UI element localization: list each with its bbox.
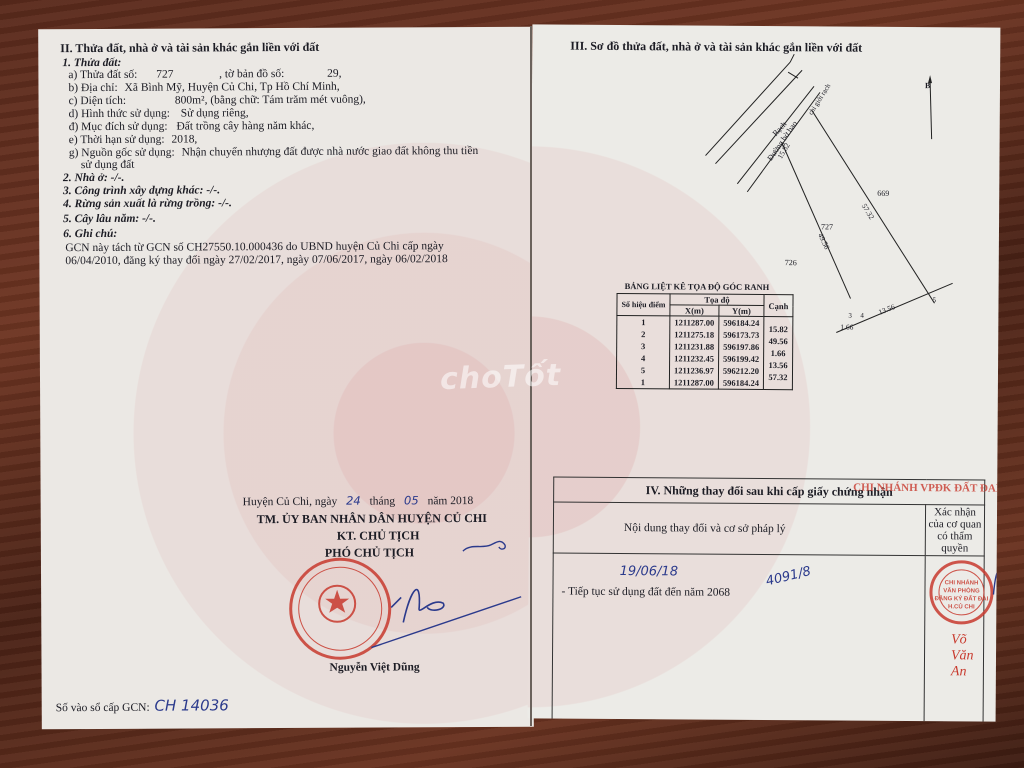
house-item: 2. Nhà ở: -/-. [63,172,124,184]
coord-table-title: BẢNG LIỆT KÊ TỌA ĐỘ GÓC RANH [625,279,770,294]
issue-place: Huyện Củ Chi, ngày [243,496,338,508]
coord-cell: 2 [621,328,665,340]
point-5-label: 5 [932,293,936,307]
coord-table-body: 123451 1211287.001211275.181211231.88121… [616,315,792,389]
confirm-cell: CHI NHÁNH VĂN PHÒNG ĐĂNG KÝ ĐẤT ĐAI H.CỦ… [924,556,984,722]
coord-cell: 1 [621,316,665,328]
notes-line-2: 06/04/2010, đăng ký thay đổi ngày 27/02/… [65,253,447,267]
coord-cell: 1211236.97 [674,364,714,376]
changes-table: IV. Những thay đổi sau khi cấp giấy chứn… [552,477,986,722]
coord-cell: 1211287.00 [674,316,714,328]
watermark: choTốt [439,358,561,397]
usage-form-row: d) Hình thức sử dụng: Sử dụng riêng, [69,107,249,120]
coord-cell: 49.56 [768,335,788,347]
issue-date-line: Huyện Củ Chi, ngày 24 tháng 05 năm 2018 [243,493,474,508]
coord-cell: 3 [621,340,665,352]
coord-cell: 1 [621,376,665,388]
header-edge: Cạnh [764,294,793,316]
area-label: c) Diện tích: [69,95,127,107]
map-label: , tờ bản đồ số: [219,68,284,80]
registry-label: Số vào sổ cấp GCN: [56,702,150,714]
edge-column: 15.8249.561.6613.5657.32 [763,316,792,389]
change-entry-cell: 19/06/18 - Tiếp tục sử dụng đất đến năm … [552,553,925,722]
point-column: 123451 [616,315,670,388]
address-label: b) Địa chỉ: [68,82,117,94]
address-value: Xã Bình Mỹ, Huyện Củ Chi, Tp Hồ Chí Minh… [125,81,340,94]
purpose-label: đ) Mục đích sử dụng: [69,121,168,134]
authority-title: TM. ỦY BAN NHÂN DÂN HUYỆN CỦ CHI [257,511,487,527]
north-arrow-label: B [925,79,930,93]
change-entry-text: - Tiếp tục sử dụng đất đến năm 2068 [561,586,730,599]
change-entry-ref: 4091/8 [764,564,812,589]
other-works-item: 3. Công trình xây dựng khác: -/-. [63,184,220,197]
origin-label: g) Nguồn gốc sử dụng: [69,147,175,160]
month-label: tháng [370,495,396,507]
change-entry-date: 19/06/18 [620,564,678,579]
purpose-row: đ) Mục đích sử dụng: Đất trồng cây hàng … [69,120,315,133]
signer-name: Nguyễn Việt Dũng [329,661,419,673]
header-y: Y(m) [719,305,764,316]
stamp-line-1: CHI NHÁNH [933,579,991,587]
header-x: X(m) [670,305,719,316]
coord-cell: 596173.73 [723,329,759,341]
parcel-row: a) Thửa đất số: 727 , tờ bản đồ số: 29, [68,68,341,81]
confirm-signer-name: Võ Văn An [951,632,983,680]
coord-cell: 1211232.45 [674,352,714,364]
edge-label-small: 1.66 [840,321,853,335]
stamp-line-3: ĐĂNG KÝ ĐẤT ĐAI [932,595,990,603]
coord-cell: 57.32 [768,371,788,383]
coord-cell: 596197.86 [723,341,759,353]
header-coords: Tọa độ [670,294,764,306]
coordinate-table: Số hiệu điểm Tọa độ Cạnh X(m) Y(m) 12345… [616,293,794,390]
coord-cell: 1211231.88 [674,340,714,352]
registry-line: Số vào sổ cấp GCN: CH 14036 [56,696,229,715]
coord-cell: 596212.20 [723,365,759,377]
coord-cell: 1211275.18 [674,328,714,340]
parcel-label-726: 726 [785,256,797,270]
coord-cell: 1.66 [768,347,788,359]
point-3-label: 3 [848,309,852,323]
registry-number: CH 14036 [154,696,228,714]
coord-cell: 596184.24 [723,377,759,389]
registration-office-stamp: CHI NHÁNH VĂN PHÒNG ĐĂNG KÝ ĐẤT ĐAI H.CỦ… [929,560,993,624]
parcel-number: 727 [156,68,216,80]
address-row: b) Địa chỉ: Xã Bình Mỹ, Huyện Củ Chi, Tp… [68,81,339,94]
header-point: Số hiệu điểm [617,293,670,315]
usage-form-label: d) Hình thức sử dụng: [69,108,170,121]
issue-year: 2018 [450,495,473,507]
coord-cell: 596184.24 [723,317,759,329]
point-4-label: 4 [860,309,864,323]
usage-form-value: Sử dụng riêng, [181,107,249,119]
stamp-line-2: VĂN PHÒNG [932,587,990,595]
notes-line-1: GCN này tách từ GCN số CH27550.10.000436… [65,240,443,254]
origin-value: Nhận chuyển nhượng đất được nhà nước gia… [182,145,479,159]
coord-cell: 596199.42 [723,353,759,365]
issue-month: 05 [404,493,419,507]
chairman-signature-icon [331,567,531,658]
coord-cell: 13.56 [768,359,788,371]
coord-cell: 5 [621,364,665,376]
area-value: 800m², (bằng chữ: Tám trăm mét vuông), [175,94,366,107]
origin-value-cont: sử dụng đất [81,159,135,171]
map-number: 29, [327,68,341,80]
changes-col-confirm: Xác nhận của cơ quan có thẩm quyền [925,505,984,556]
initials-signature-icon [461,535,511,557]
coord-cell: 15.82 [768,323,788,335]
issue-day: 24 [346,494,361,508]
stamp-line-4: H.CỦ CHI [932,603,990,611]
coord-cell: 1211287.00 [674,376,714,388]
parcel-label: a) Thửa đất số: [68,69,137,81]
x-column: 1211287.001211275.181211231.881211232.45… [669,316,718,389]
term-value: 2018, [171,133,197,145]
purpose-value: Đất trồng cây hàng năm khác, [176,120,314,133]
perennial-item: 5. Cây lâu năm: -/-. [63,213,156,225]
parcel-label-669: 669 [877,187,889,201]
term-row: e) Thời hạn sử dụng: 2018, [69,133,198,146]
office-header-stamp: CHI NHÁNH VPĐK ĐẤT ĐAI HUYỆN CỦ CHI [853,481,1000,497]
origin-row: g) Nguồn gốc sử dụng: Nhận chuyển nhượng… [69,145,478,159]
notes-heading: 6. Ghi chú: [63,228,117,240]
area-row: c) Diện tích: 800m², (bằng chữ: Tám trăm… [69,94,366,108]
certificate-right-page: III. Sơ đồ thửa đất, nhà ở và tài sản kh… [528,24,1001,721]
term-label: e) Thời hạn sử dụng: [69,134,165,147]
year-label: năm [428,495,448,507]
changes-col-content: Nội dung thay đổi và cơ sở pháp lý [553,502,925,556]
section-ii-title: II. Thửa đất, nhà ở và tài sản khác gắn … [60,40,319,55]
coord-cell: 4 [621,352,665,364]
y-column: 596184.24596173.73596197.86596199.425962… [718,316,764,389]
kt-title: KT. CHỦ TỊCH [337,528,420,543]
forest-item: 4. Rừng sản xuất là rừng trồng: -/-. [63,197,232,210]
